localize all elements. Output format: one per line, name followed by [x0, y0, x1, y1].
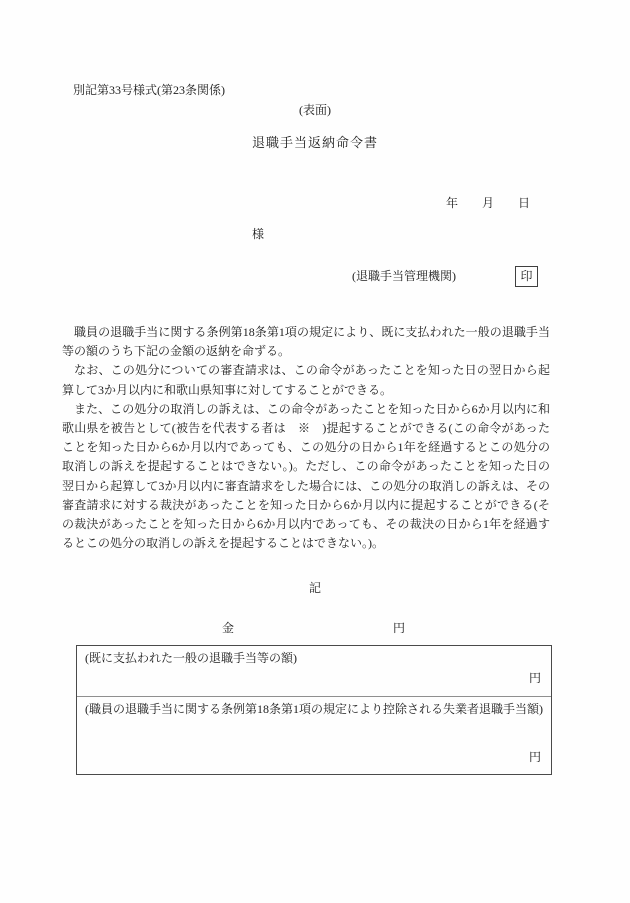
- issuer-line: (退職手当管理機関) 印: [352, 265, 538, 287]
- amount-table: (既に支払われた一般の退職手当等の額) 円 (職員の退職手当に関する条例第18条…: [76, 645, 552, 775]
- side-label: (表面): [0, 101, 630, 120]
- amount-unit-label: 円: [393, 621, 405, 635]
- body-text: 職員の退職手当に関する条例第18条第1項の規定により、既に支払われた一般の退職手…: [62, 323, 550, 553]
- body-paragraph-review-request: なお、この処分についての審査請求は、この命令があったことを知った日の翌日から起算…: [62, 361, 550, 399]
- row-label: (既に支払われた一般の退職手当等の額): [77, 646, 551, 668]
- amount-line: 金円: [222, 619, 630, 638]
- seal-mark: 印: [515, 266, 538, 287]
- table-row-paid-allowance: (既に支払われた一般の退職手当等の額) 円: [77, 646, 551, 697]
- issuer-label: (退職手当管理機関): [352, 267, 456, 286]
- date-line: 年 月 日: [0, 194, 630, 213]
- row-label: (職員の退職手当に関する条例第18条第1項の規定により控除される失業者退職手当額…: [77, 697, 551, 719]
- ki-heading: 記: [0, 579, 630, 598]
- table-row-deducted-allowance: (職員の退職手当に関する条例第18条第1項の規定により控除される失業者退職手当額…: [77, 697, 551, 774]
- body-paragraph-order: 職員の退職手当に関する条例第18条第1項の規定により、既に支払われた一般の退職手…: [62, 323, 550, 361]
- document-title: 退職手当返納命令書: [0, 133, 630, 152]
- form-number-label: 別記第33号様式(第23条関係): [73, 81, 630, 100]
- amount-prefix-label: 金: [222, 621, 234, 635]
- row-unit: 円: [529, 748, 541, 767]
- document-page: 別記第33号様式(第23条関係) (表面) 退職手当返納命令書 年 月 日 様 …: [0, 0, 630, 903]
- addressee-honorific: 様: [252, 225, 630, 244]
- body-paragraph-lawsuit: また、この処分の取消しの訴えは、この命令があったことを知った日から6か月以内に和…: [62, 400, 550, 554]
- row-unit: 円: [529, 669, 541, 688]
